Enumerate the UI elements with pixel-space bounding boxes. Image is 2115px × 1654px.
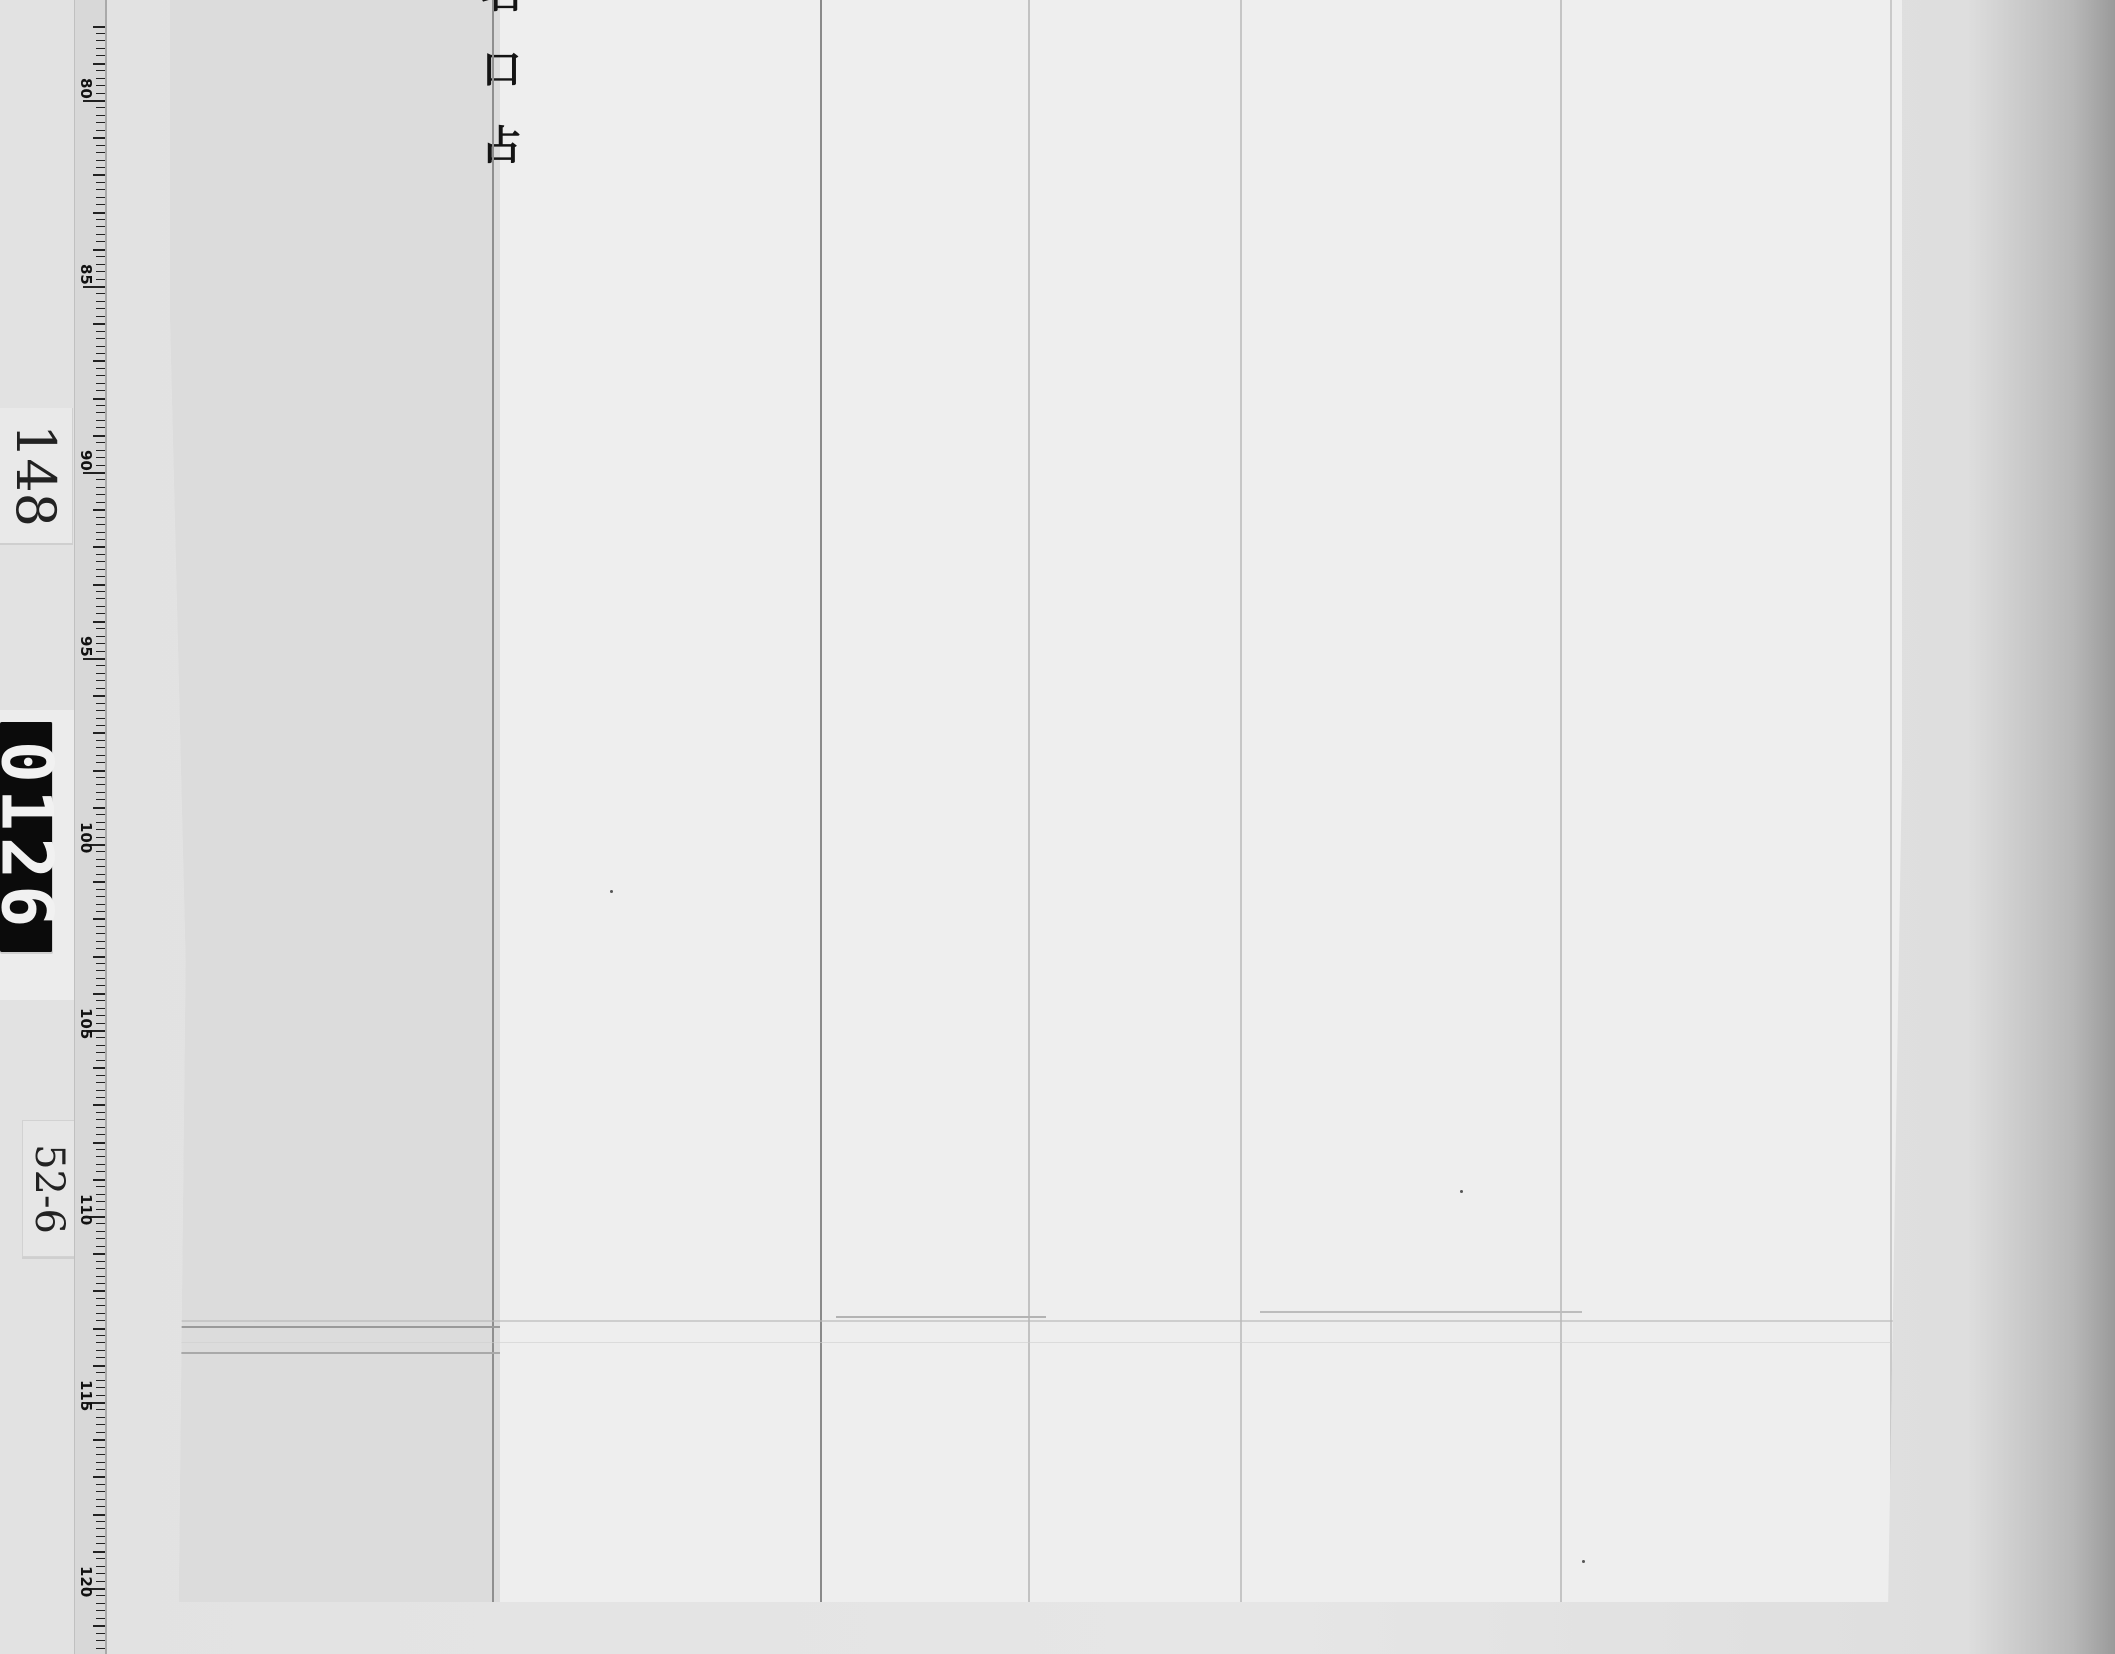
ruler-minor-tick xyxy=(96,40,105,41)
ruler-minor-tick xyxy=(96,1409,105,1410)
ruler-minor-tick xyxy=(96,256,105,257)
ruler-minor-tick xyxy=(96,784,105,785)
ruler-minor-tick xyxy=(96,1082,105,1083)
ruler-minor-tick xyxy=(96,197,105,198)
ruler-minor-tick xyxy=(96,1618,105,1619)
ruler-minor-tick xyxy=(96,1603,105,1604)
ruler-minor-tick xyxy=(96,985,105,986)
ruler-tick xyxy=(93,360,105,362)
ruler-minor-tick xyxy=(96,1156,105,1157)
ruler-minor-tick xyxy=(96,1313,105,1314)
ruler-minor-tick xyxy=(96,963,105,964)
ruler-minor-tick xyxy=(96,390,105,391)
ruler-label: 110 xyxy=(77,1194,95,1225)
ruler-minor-tick xyxy=(96,1335,105,1336)
ruler-minor-tick xyxy=(96,636,105,637)
ruler-minor-tick xyxy=(96,115,105,116)
ruler-minor-tick xyxy=(96,1261,105,1262)
ruler-minor-tick xyxy=(96,1112,105,1113)
ruler-minor-tick xyxy=(96,1424,105,1425)
ruler-minor-tick xyxy=(96,405,105,406)
volume-reference-card: 52-6 xyxy=(22,1120,76,1257)
ruler-minor-tick xyxy=(96,301,105,302)
ruler-minor-tick xyxy=(96,1209,105,1210)
ruler-minor-tick xyxy=(96,896,105,897)
ruler-minor-tick xyxy=(96,1640,105,1641)
ruler-minor-tick xyxy=(96,442,105,443)
ruler-minor-tick xyxy=(96,145,105,146)
ruler-minor-tick xyxy=(96,1633,105,1634)
ruler-minor-tick xyxy=(96,1648,105,1649)
paper-fold xyxy=(170,1320,1902,1343)
ruler-tick xyxy=(93,621,105,623)
ruler-tick xyxy=(93,546,105,548)
ruler-minor-tick xyxy=(96,1119,105,1120)
row-rule xyxy=(170,1352,500,1354)
page-number: 148 xyxy=(5,424,68,527)
ruler-minor-tick xyxy=(96,710,105,711)
ruler-minor-tick xyxy=(96,740,105,741)
ruler-minor-tick xyxy=(96,55,105,56)
page-right-edge xyxy=(1890,0,1892,1602)
ruler-minor-tick xyxy=(96,1566,105,1567)
vertical-heading-text: 名口占 xyxy=(470,0,527,200)
ruler-minor-tick xyxy=(96,718,105,719)
volume-reference: 52-6 xyxy=(26,1144,72,1234)
ruler-tick xyxy=(93,174,105,176)
ruler-minor-tick xyxy=(96,643,105,644)
column-divider xyxy=(1028,0,1030,1602)
ruler-minor-tick xyxy=(96,1372,105,1373)
ruler-tick xyxy=(83,658,105,660)
ruler-minor-tick xyxy=(96,264,105,265)
ruler-minor-tick xyxy=(96,1387,105,1388)
ruler-minor-tick xyxy=(96,167,105,168)
ruler-minor-tick xyxy=(96,1380,105,1381)
page-number-card: 148 xyxy=(0,408,73,543)
frame-number-card: 0126 xyxy=(0,722,53,952)
ruler-minor-tick xyxy=(96,271,105,272)
ruler-tick xyxy=(93,1328,105,1330)
ruler-minor-tick xyxy=(96,1342,105,1343)
ruler-label: 90 xyxy=(77,450,95,471)
ruler-minor-tick xyxy=(96,219,105,220)
ruler-minor-tick xyxy=(96,1268,105,1269)
ruler-tick xyxy=(93,695,105,697)
ruler-minor-tick xyxy=(96,353,105,354)
ruler-minor-tick xyxy=(96,107,105,108)
ruler-minor-tick xyxy=(96,1134,105,1135)
ruler-minor-tick xyxy=(96,1484,105,1485)
ruler-minor-tick xyxy=(96,725,105,726)
ruler-minor-tick xyxy=(96,293,105,294)
ruler-minor-tick xyxy=(96,1008,105,1009)
ruler-minor-tick xyxy=(96,226,105,227)
ruler-minor-tick xyxy=(96,1283,105,1284)
ruler-tick xyxy=(93,918,105,920)
ruler-minor-tick xyxy=(96,487,105,488)
ruler-minor-tick xyxy=(96,1164,105,1165)
ruler-minor-tick xyxy=(96,1595,105,1596)
ruler-tick xyxy=(93,770,105,772)
ruler-minor-tick xyxy=(96,978,105,979)
ruler-minor-tick xyxy=(96,933,105,934)
ruler-minor-tick xyxy=(96,383,105,384)
ruler-tick xyxy=(93,1551,105,1553)
ruler-minor-tick xyxy=(96,279,105,280)
ruler-minor-tick xyxy=(96,1127,105,1128)
paper-speck xyxy=(1582,1560,1585,1563)
shaded-heading-column xyxy=(170,0,500,1602)
ruler-minor-tick xyxy=(96,1305,105,1306)
ruler-minor-tick xyxy=(96,1201,105,1202)
ruler-minor-tick xyxy=(96,1610,105,1611)
ruler-minor-tick xyxy=(96,85,105,86)
ruler-minor-tick xyxy=(96,1320,105,1321)
column-divider xyxy=(492,0,494,1602)
ruler-tick xyxy=(93,732,105,734)
ruler-minor-tick xyxy=(96,1186,105,1187)
ruler-minor-tick xyxy=(96,941,105,942)
ruler-minor-tick xyxy=(96,234,105,235)
ruler-minor-tick xyxy=(96,948,105,949)
ruler-minor-tick xyxy=(96,755,105,756)
ruler-tick xyxy=(93,1067,105,1069)
ruler-minor-tick xyxy=(96,517,105,518)
ruler-tick xyxy=(93,993,105,995)
ruler-minor-tick xyxy=(96,308,105,309)
ruler-minor-tick xyxy=(96,1238,105,1239)
ruler-minor-tick xyxy=(96,1075,105,1076)
ruler-minor-tick xyxy=(96,866,105,867)
ruler-minor-tick xyxy=(96,375,105,376)
column-divider xyxy=(1560,0,1562,1602)
ruler-tick xyxy=(83,100,105,102)
ruler-tick xyxy=(93,1104,105,1106)
ruler-minor-tick xyxy=(96,874,105,875)
ruler-minor-tick xyxy=(96,1573,105,1574)
ruler-minor-tick xyxy=(96,1432,105,1433)
paper-speck xyxy=(1460,1190,1463,1193)
ruler-label: 85 xyxy=(77,264,95,285)
ruler-minor-tick xyxy=(96,1015,105,1016)
ruler-minor-tick xyxy=(96,814,105,815)
ruler-minor-tick xyxy=(96,747,105,748)
ruler-tick xyxy=(93,212,105,214)
ruler-minor-tick xyxy=(96,665,105,666)
ruler-minor-tick xyxy=(96,152,105,153)
ruler-minor-tick xyxy=(96,1395,105,1396)
ruler-minor-tick xyxy=(96,539,105,540)
ruler-tick xyxy=(93,26,105,28)
ruler-minor-tick xyxy=(96,48,105,49)
ruler-minor-tick xyxy=(96,450,105,451)
ruler-minor-tick xyxy=(96,457,105,458)
ruler-minor-tick xyxy=(96,1223,105,1224)
ruler-minor-tick xyxy=(96,651,105,652)
ruler-minor-tick xyxy=(96,1000,105,1001)
ruler-tick xyxy=(93,1365,105,1367)
ruler-minor-tick xyxy=(96,1491,105,1492)
ruler-label: 100 xyxy=(77,822,95,853)
ruler-tick xyxy=(93,435,105,437)
ruler-minor-tick xyxy=(96,130,105,131)
ruler-minor-tick xyxy=(96,613,105,614)
ruler-tick xyxy=(93,1439,105,1441)
ruler-minor-tick xyxy=(96,78,105,79)
ruler-minor-tick xyxy=(96,1528,105,1529)
ruler-minor-tick xyxy=(96,1149,105,1150)
ruler-minor-tick xyxy=(96,1506,105,1507)
row-rule xyxy=(836,1316,1046,1318)
ruler-minor-tick xyxy=(96,1350,105,1351)
ruler-label: 120 xyxy=(77,1566,95,1597)
measuring-ruler: 80859095100105110115120 xyxy=(74,0,107,1654)
ruler-minor-tick xyxy=(96,338,105,339)
ruler-minor-tick xyxy=(96,904,105,905)
ruler-minor-tick xyxy=(96,331,105,332)
ruler-minor-tick xyxy=(96,1521,105,1522)
ruler-minor-tick xyxy=(96,479,105,480)
ruler-minor-tick xyxy=(96,502,105,503)
ruler-tick xyxy=(93,249,105,251)
ruler-tick xyxy=(93,509,105,511)
ruler-minor-tick xyxy=(96,792,105,793)
ruler-minor-tick xyxy=(96,554,105,555)
ruler-tick xyxy=(93,63,105,65)
ruler-minor-tick xyxy=(96,524,105,525)
ruler-minor-tick xyxy=(96,1097,105,1098)
ruler-minor-tick xyxy=(96,1499,105,1500)
ruler-minor-tick xyxy=(96,598,105,599)
ruler-minor-tick xyxy=(96,889,105,890)
ruler-tick xyxy=(93,1476,105,1478)
document-page: 名口占 xyxy=(170,0,1902,1602)
ruler-minor-tick xyxy=(96,688,105,689)
ruler-minor-tick xyxy=(96,673,105,674)
ruler-minor-tick xyxy=(96,241,105,242)
ruler-minor-tick xyxy=(96,160,105,161)
ruler-minor-tick xyxy=(96,1090,105,1091)
ruler-tick xyxy=(93,137,105,139)
ruler-minor-tick xyxy=(96,703,105,704)
ruler-tick xyxy=(93,323,105,325)
ruler-tick xyxy=(93,398,105,400)
ruler-minor-tick xyxy=(96,465,105,466)
ruler-minor-tick xyxy=(96,1037,105,1038)
ruler-minor-tick xyxy=(96,368,105,369)
ruler-minor-tick xyxy=(96,1246,105,1247)
ruler-minor-tick xyxy=(96,911,105,912)
paper-speck xyxy=(610,890,613,893)
ruler-label: 80 xyxy=(77,78,95,99)
ruler-tick xyxy=(93,1253,105,1255)
ruler-minor-tick xyxy=(96,1231,105,1232)
ruler-label: 95 xyxy=(77,636,95,657)
ruler-tick xyxy=(93,881,105,883)
ruler-minor-tick xyxy=(96,1023,105,1024)
ruler-minor-tick xyxy=(96,189,105,190)
ruler-tick xyxy=(83,286,105,288)
ruler-minor-tick xyxy=(96,576,105,577)
ruler-tick xyxy=(93,807,105,809)
ruler-minor-tick xyxy=(96,822,105,823)
ruler-minor-tick xyxy=(96,926,105,927)
ruler-minor-tick xyxy=(96,412,105,413)
ruler-minor-tick xyxy=(96,859,105,860)
row-rule xyxy=(1260,1311,1582,1313)
ruler-minor-tick xyxy=(96,569,105,570)
ruler-minor-tick xyxy=(96,628,105,629)
ruler-tick xyxy=(93,1514,105,1516)
ruler-tick xyxy=(93,1290,105,1292)
ruler-tick xyxy=(93,1625,105,1627)
ruler-minor-tick xyxy=(96,1357,105,1358)
ruler-label: 105 xyxy=(77,1008,95,1039)
ruler-minor-tick xyxy=(96,970,105,971)
ruler-tick xyxy=(93,1179,105,1181)
ruler-minor-tick xyxy=(96,316,105,317)
ruler-minor-tick xyxy=(96,591,105,592)
ruler-tick xyxy=(83,472,105,474)
ruler-minor-tick xyxy=(96,829,105,830)
ruler-minor-tick xyxy=(96,1558,105,1559)
ruler-tick xyxy=(93,584,105,586)
ruler-minor-tick xyxy=(96,532,105,533)
ruler-minor-tick xyxy=(96,1298,105,1299)
ruler-minor-tick xyxy=(96,1447,105,1448)
ruler-minor-tick xyxy=(96,1045,105,1046)
ruler-minor-tick xyxy=(96,346,105,347)
ruler-minor-tick xyxy=(96,204,105,205)
ruler-minor-tick xyxy=(96,606,105,607)
ruler-minor-tick xyxy=(96,1171,105,1172)
ruler-minor-tick xyxy=(96,1417,105,1418)
ruler-minor-tick xyxy=(96,1052,105,1053)
ruler-minor-tick xyxy=(96,93,105,94)
ruler-minor-tick xyxy=(96,1060,105,1061)
ruler-minor-tick xyxy=(96,1194,105,1195)
ruler-minor-tick xyxy=(96,1469,105,1470)
ruler-minor-tick xyxy=(96,1454,105,1455)
ruler-minor-tick xyxy=(96,799,105,800)
ruler-minor-tick xyxy=(96,1276,105,1277)
ruler-label: 115 xyxy=(77,1380,95,1411)
ruler-minor-tick xyxy=(96,1462,105,1463)
ruler-minor-tick xyxy=(96,762,105,763)
ruler-minor-tick xyxy=(96,420,105,421)
ruler-minor-tick xyxy=(96,122,105,123)
column-divider xyxy=(820,0,822,1602)
ruler-minor-tick xyxy=(96,494,105,495)
frame-number: 0126 xyxy=(0,741,67,934)
ruler-minor-tick xyxy=(96,182,105,183)
ruler-minor-tick xyxy=(96,680,105,681)
ruler-minor-tick xyxy=(96,561,105,562)
ruler-minor-tick xyxy=(96,851,105,852)
ruler-tick xyxy=(93,1142,105,1144)
column-divider xyxy=(1240,0,1242,1602)
ruler-tick xyxy=(93,956,105,958)
ruler-minor-tick xyxy=(96,837,105,838)
ruler-minor-tick xyxy=(96,70,105,71)
ruler-minor-tick xyxy=(96,1536,105,1537)
ruler-minor-tick xyxy=(96,777,105,778)
ruler-minor-tick xyxy=(96,427,105,428)
ruler-minor-tick xyxy=(96,33,105,34)
ruler-minor-tick xyxy=(96,1543,105,1544)
ruler-minor-tick xyxy=(96,1581,105,1582)
